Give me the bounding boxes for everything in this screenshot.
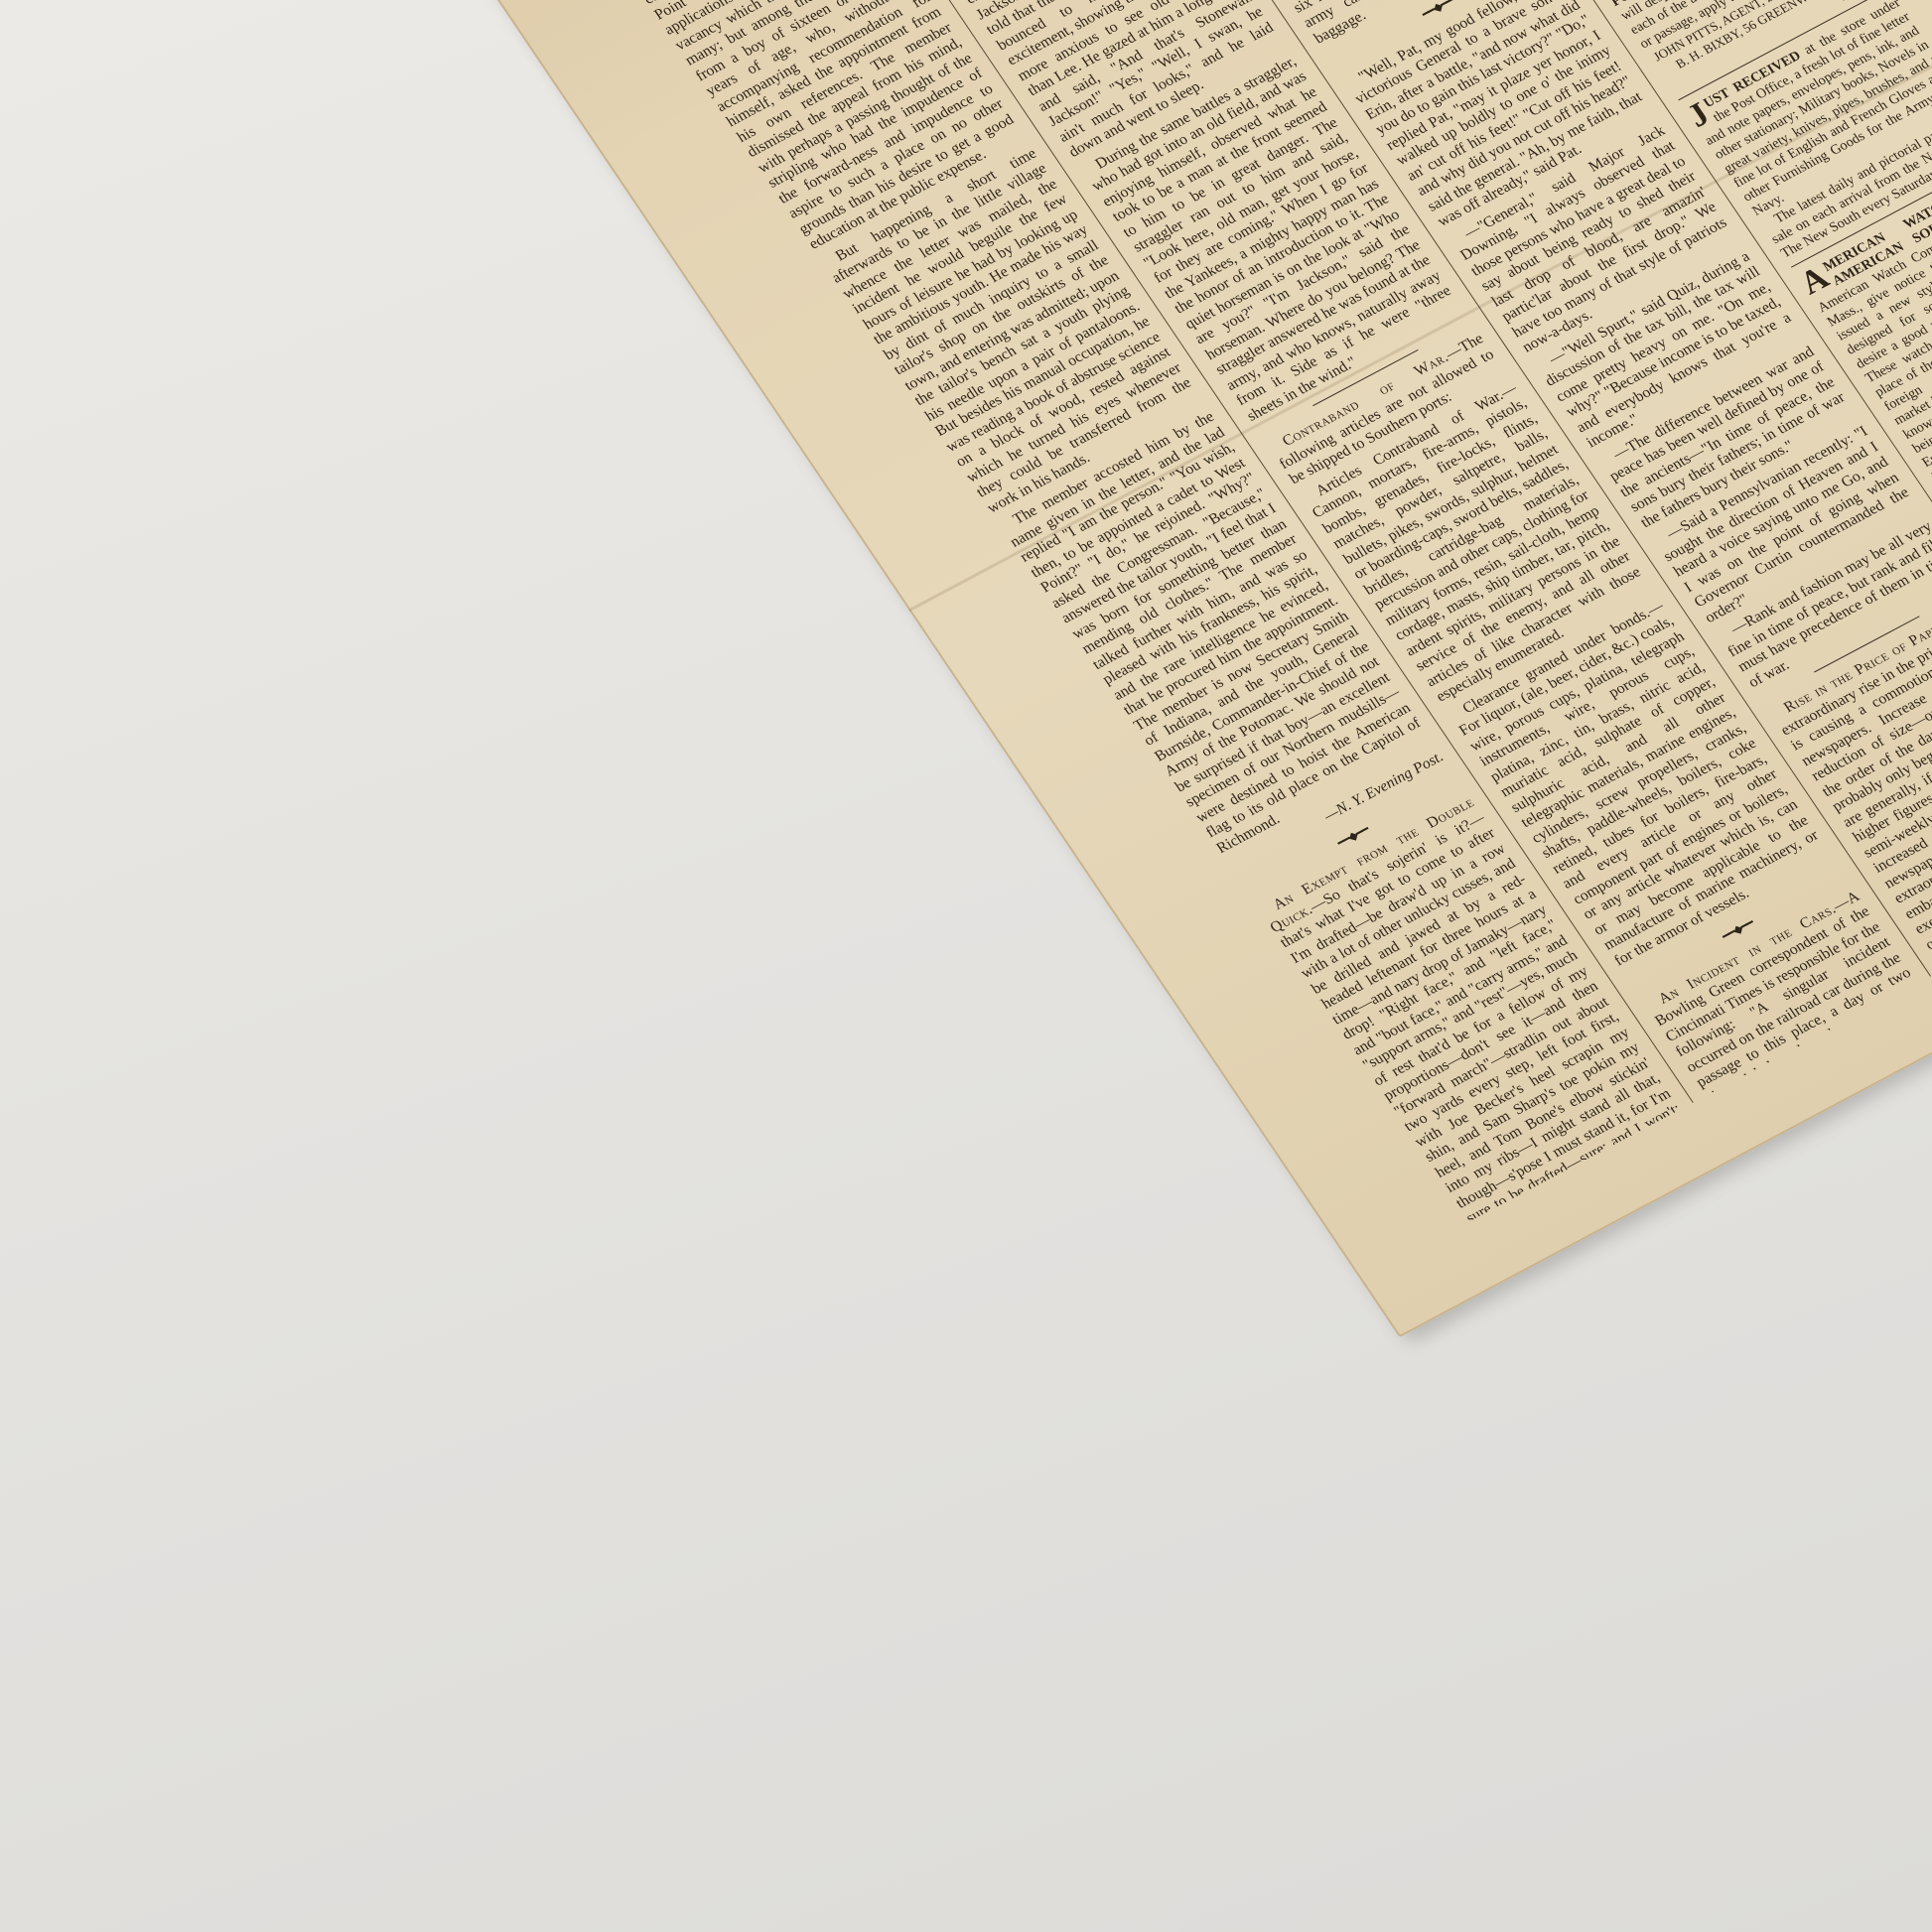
page-body: Reminiscence of Gen. Burnside.—It is abo…	[567, 0, 1932, 1228]
newspaper-page: Reminiscence of Gen. Burnside.—It is abo…	[417, 0, 1932, 1337]
